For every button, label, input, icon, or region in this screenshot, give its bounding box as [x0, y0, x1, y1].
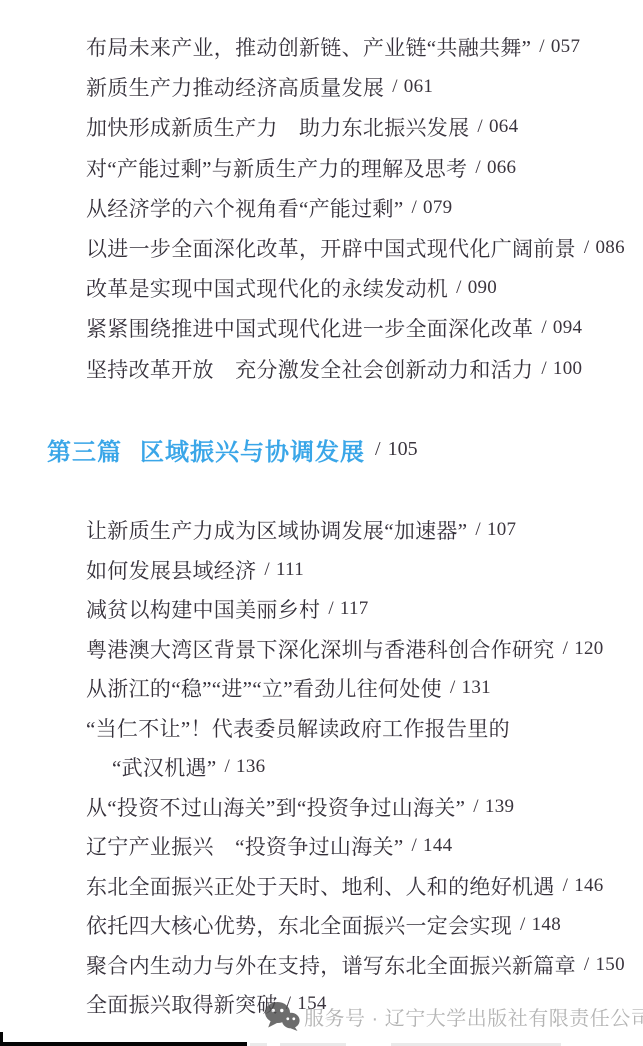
entry-title: 加快形成新质生产力 助力东北振兴发展 — [86, 112, 469, 142]
entry-page: 139 — [485, 796, 514, 818]
entry-page: 131 — [462, 677, 491, 699]
entry-separator: / — [473, 796, 479, 818]
entry-separator: / — [563, 875, 569, 897]
toc-entry-wrap-continuation: “武汉机遇” / 136 — [0, 748, 643, 788]
toc-entry: 加快形成新质生产力 助力东北振兴发展 / 064 — [0, 107, 643, 147]
entry-separator: / — [563, 638, 569, 660]
toc-entry: 聚合内生动力与外在支持，谱写东北全面振兴新篇章 / 150 — [0, 945, 643, 985]
section2-entries: 布局未来产业，推动创新链、产业链“共融共舞” / 057 新质生产力推动经济高质… — [0, 0, 643, 389]
entry-separator: / — [450, 677, 456, 699]
entry-title: 布局未来产业，推动创新链、产业链“共融共舞” — [86, 32, 531, 62]
toc-entry: 布局未来产业，推动创新链、产业链“共融共舞” / 057 — [0, 27, 643, 67]
toc-entry: 辽宁产业振兴 “投资争过山海关” / 144 — [0, 827, 643, 867]
entry-title: 紧紧围绕推进中国式现代化进一步全面深化改革 — [86, 313, 533, 343]
entry-title: 聚合内生动力与外在支持，谱写东北全面振兴新篇章 — [86, 950, 576, 980]
entry-page: 057 — [551, 36, 580, 58]
toc-entry: 从“投资不过山海关”到“投资争过山海关” / 139 — [0, 787, 643, 827]
section-title: 区域振兴与协调发展 — [140, 432, 365, 467]
entry-page: 079 — [423, 197, 452, 219]
entry-title: 新质生产力推动经济高质量发展 — [86, 72, 384, 102]
entry-page: 148 — [532, 914, 561, 936]
section-page: 105 — [388, 438, 418, 461]
entry-separator: / — [475, 157, 481, 179]
entry-separator: / — [477, 116, 483, 138]
toc-page: 布局未来产业，推动创新链、产业链“共融共舞” / 057 新质生产力推动经济高质… — [0, 0, 643, 1046]
entry-title: 从浙江的“稳”“进”“立”看劲儿往何处使 — [86, 673, 442, 703]
entry-title: “当仁不让”！代表委员解读政府工作报告里的 — [86, 713, 510, 743]
entry-title: “武汉机遇” — [112, 752, 216, 782]
entry-separator: / — [539, 36, 545, 58]
toc-entry: 坚持改革开放 充分激发全社会创新动力和活力 / 100 — [0, 349, 643, 389]
entry-title: 改革是实现中国式现代化的永续发动机 — [86, 273, 448, 303]
toc-entry: 粤港澳大湾区背景下深化深圳与香港科创合作研究 / 120 — [0, 629, 643, 669]
entry-page: 107 — [487, 519, 516, 541]
entry-title: 全面振兴取得新突破 — [86, 989, 278, 1019]
entry-separator: / — [584, 954, 590, 976]
toc-entry-wrap-first-line: “当仁不让”！代表委员解读政府工作报告里的 — [0, 708, 643, 748]
entry-separator: / — [328, 598, 334, 620]
entry-page: 146 — [574, 875, 603, 897]
toc-entry: 减贫以构建中国美丽乡村 / 117 — [0, 590, 643, 630]
entry-separator: / — [411, 835, 417, 857]
entry-separator: / — [475, 519, 481, 541]
entry-title: 减贫以构建中国美丽乡村 — [86, 594, 320, 624]
toc-entry: 对“产能过剩”与新质生产力的理解及思考 / 066 — [0, 148, 643, 188]
entry-separator: / — [392, 76, 398, 98]
entry-page: 136 — [236, 756, 265, 778]
section-label: 第三篇 — [47, 432, 122, 467]
entry-title: 依托四大核心优势，东北全面振兴一定会实现 — [86, 910, 512, 940]
entry-title: 粤港澳大湾区背景下深化深圳与香港科创合作研究 — [86, 634, 555, 664]
wechat-icon — [264, 1000, 300, 1032]
toc-entry: 依托四大核心优势，东北全面振兴一定会实现 / 148 — [0, 906, 643, 946]
entry-page: 111 — [276, 559, 304, 581]
watermark: 服务号 · 辽宁大学出版社有限责任公司 — [264, 1000, 643, 1032]
entry-title: 以进一步全面深化改革，开辟中国式现代化广阔前景 — [86, 233, 576, 263]
bottom-edge-artifact — [0, 1042, 247, 1046]
toc-entry: 让新质生产力成为区域协调发展“加速器” / 107 — [0, 511, 643, 551]
entry-title: 辽宁产业振兴 “投资争过山海关” — [86, 831, 403, 861]
toc-entry: 以进一步全面深化改革，开辟中国式现代化广阔前景 / 086 — [0, 228, 643, 268]
toc-entry: 从经济学的六个视角看“产能过剩” / 079 — [0, 188, 643, 228]
entry-page: 117 — [340, 598, 369, 620]
entry-separator: / — [584, 237, 590, 259]
entry-page: 061 — [404, 76, 433, 98]
entry-separator: / — [520, 914, 526, 936]
entry-title: 让新质生产力成为区域协调发展“加速器” — [86, 515, 467, 545]
entry-page: 100 — [553, 358, 582, 380]
entry-page: 144 — [423, 835, 452, 857]
entry-page: 150 — [596, 954, 625, 976]
section3-entries: 让新质生产力成为区域协调发展“加速器” / 107 如何发展县域经济 / 111… — [0, 511, 643, 1025]
entry-separator: / — [541, 317, 547, 339]
entry-title: 从“投资不过山海关”到“投资争过山海关” — [86, 792, 465, 822]
section3-heading: 第三篇 区域振兴与协调发展 / 105 — [47, 433, 643, 467]
toc-entry: 如何发展县域经济 / 111 — [0, 550, 643, 590]
toc-entry: 从浙江的“稳”“进”“立”看劲儿往何处使 / 131 — [0, 669, 643, 709]
entry-separator: / — [224, 756, 230, 778]
entry-page: 086 — [596, 237, 625, 259]
entry-page: 120 — [574, 638, 603, 660]
entry-title: 对“产能过剩”与新质生产力的理解及思考 — [86, 153, 467, 183]
entry-page: 094 — [553, 317, 582, 339]
entry-separator: / — [375, 438, 381, 461]
toc-entry: 紧紧围绕推进中国式现代化进一步全面深化改革 / 094 — [0, 308, 643, 348]
entry-page: 090 — [468, 277, 497, 299]
entry-title: 从经济学的六个视角看“产能过剩” — [86, 193, 403, 223]
toc-entry: 东北全面振兴正处于天时、地利、人和的绝好机遇 / 146 — [0, 866, 643, 906]
watermark-text: 服务号 · 辽宁大学出版社有限责任公司 — [304, 1002, 643, 1031]
entry-title: 如何发展县域经济 — [86, 555, 256, 585]
entry-separator: / — [264, 559, 270, 581]
toc-entry: 新质生产力推动经济高质量发展 / 061 — [0, 67, 643, 107]
bottom-left-corner-artifact — [0, 1032, 3, 1046]
entry-title: 坚持改革开放 充分激发全社会创新动力和活力 — [86, 354, 533, 384]
entry-separator: / — [456, 277, 462, 299]
entry-page: 066 — [487, 157, 516, 179]
entry-title: 东北全面振兴正处于天时、地利、人和的绝好机遇 — [86, 871, 555, 901]
toc-entry: 改革是实现中国式现代化的永续发动机 / 090 — [0, 268, 643, 308]
entry-page: 064 — [489, 116, 518, 138]
entry-separator: / — [411, 197, 417, 219]
entry-separator: / — [541, 358, 547, 380]
